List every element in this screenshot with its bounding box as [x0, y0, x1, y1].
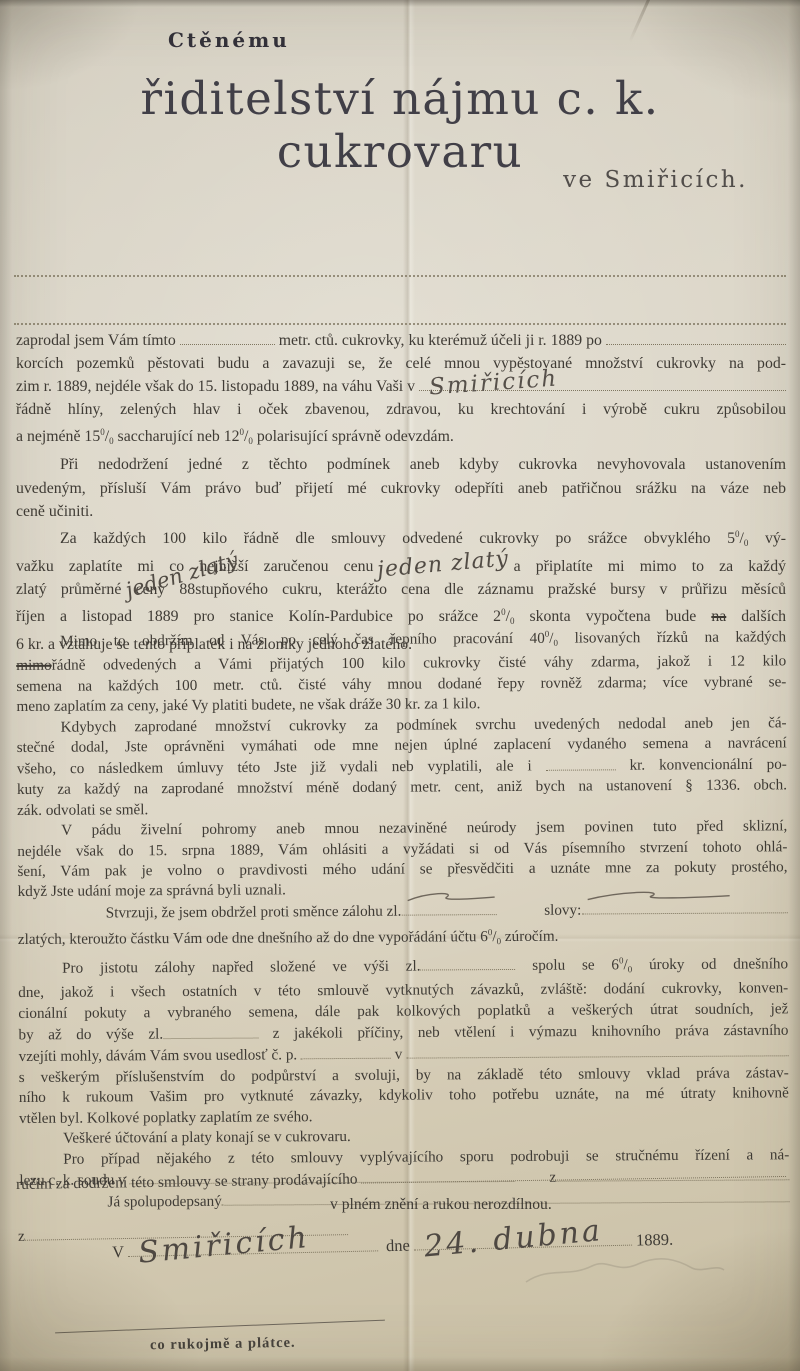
fill-in-blank [401, 900, 496, 916]
contract-line: zaprodal jsem Vám tímto metr. ctů. cukro… [16, 329, 786, 352]
printed-text: s veškerým příslušenstvím do podpůrství … [19, 1064, 789, 1086]
contract-body-upper: zaprodal jsem Vám tímto metr. ctů. cukro… [16, 329, 786, 656]
blank-fill-rule [14, 320, 786, 325]
printed-text: zlatý průměrné ceny 88stupňového cukru, … [16, 581, 786, 598]
printed-text: Já spolupodepsaný [63, 1192, 221, 1213]
printed-text: ního k rukoum Vašim pro vytknuté závazky… [19, 1085, 789, 1107]
printed-text: saccharující neb 12 [114, 428, 240, 445]
fill-in-blank [581, 898, 788, 915]
printed-text: Pro jistotu zálohy napřed složené ve výš… [62, 958, 420, 977]
printed-text: vtělen byl. Kolkové poplatky zaplatím ze… [19, 1108, 313, 1127]
pencil-signature [520, 1248, 730, 1294]
printed-text: Veškeré účtování a platy konají se v cuk… [63, 1128, 351, 1147]
printed-text: semena na každých 100 metr. ctů. čisté v… [16, 673, 786, 695]
printed-text: a nejméně 15 [16, 428, 100, 445]
printed-text: nejdéle však do 15. srpna 1889, Vám ohlá… [17, 838, 787, 860]
contract-line: zlatý průměrné ceny 88stupňového cukru, … [16, 578, 786, 601]
printed-text: V [112, 1242, 128, 1262]
printed-text: korcích pozemků pěstovati budu a zavazuj… [16, 355, 786, 372]
handwritten-entry: jeden zlatý [374, 559, 514, 571]
printed-text: úroky od dnešního [632, 955, 788, 973]
full-text-line: v plném znění a rukou nerozdílnou. [330, 1196, 552, 1214]
printed-text: metr. ctů. cukrovky, ku kterémuž účeli j… [275, 329, 606, 352]
fill-in-blank [420, 954, 515, 970]
contract-line: řádně hlíny, zelených hlav i oček zbaven… [16, 398, 786, 421]
printed-text: když Jste udání moje za správná byli uzn… [18, 882, 286, 901]
printed-text: Kdybych zaprodané množství cukrovky za p… [61, 714, 787, 735]
printed-text: šení, Vám pak je volno o pravdivosti méh… [17, 858, 787, 880]
percent-sign: 0/0 [735, 530, 748, 547]
contract-line: a nejméně 150/0 saccharující neb 120/0 p… [16, 421, 786, 453]
contract-line: Za každých 100 kilo řádně dle smlouvy od… [16, 523, 786, 555]
printed-text: Stvrzuji, že jsem obdržel proti směnce z… [62, 902, 402, 924]
contract-line: zim r. 1889, nejdéle však do 15. listopa… [16, 375, 786, 398]
printed-text: zim r. 1889, nejdéle však do 15. listopa… [16, 375, 419, 398]
percent-sign: 0/0 [501, 608, 514, 625]
contract-body-lower: Mimo to obdržím od Vás po celý čas řepní… [16, 622, 790, 1213]
printed-text: řádně odvedených a Vámi přijatých 100 ki… [52, 653, 787, 674]
printed-text: cionální pokuty a vybraného semena, dále… [18, 1000, 788, 1022]
fill-in-blank [406, 1041, 789, 1059]
percent-sign: 0/0 [488, 928, 501, 945]
printed-text: V pádu živelní pohromy aneb mnou nezavin… [61, 817, 787, 838]
printed-text: kuty za každý na zaprodané množství méně… [17, 777, 787, 799]
guarantor-caption: co rukojmě a plátce. [150, 1335, 296, 1355]
printed-text: polarisující správně odevzdám. [253, 428, 454, 445]
printed-text: řádně hlíny, zelených hlav i oček zbaven… [16, 401, 786, 418]
printed-text: v [391, 1045, 406, 1065]
contract-line: uvedeným, přísluší Vám právo buď přijetí… [16, 477, 786, 500]
fill-in-blank: Smiřicích [128, 1234, 378, 1256]
contract-line: Pro jistotu zálohy napřed složené ve výš… [18, 949, 788, 983]
handwritten-entry: Smiřicích [428, 368, 559, 400]
printed-text: slovy: [496, 901, 581, 922]
printed-text: Za každých 100 kilo řádně dle smlouvy od… [60, 530, 735, 547]
fill-in-blank: 24. dubna [414, 1229, 632, 1251]
printed-text: važku zaplatíte mi co nejnižší zaručenou… [16, 558, 373, 575]
percent-sign: 0/0 [545, 630, 558, 647]
contract-line: Mimo to obdržím od Vás po celý čas řepní… [16, 622, 786, 656]
printed-text: lisovaných řízků na každých [558, 628, 786, 646]
printed-text: zúročím. [501, 927, 558, 944]
percent-sign: 0/0 [240, 428, 253, 445]
guarantor-signature-line [55, 1320, 385, 1334]
printed-text: říjen a listopad 1889 pro stanice Kolín-… [16, 608, 501, 625]
printed-text: stečné dodal, Jste oprávněni vymáhati od… [17, 734, 787, 756]
printed-text: dne [378, 1235, 415, 1256]
percent-sign: 0/0 [100, 428, 113, 445]
percent-sign: 0/0 [619, 956, 632, 973]
printed-text: všeho, co následkem úmluvy této Jste již… [17, 758, 546, 778]
handwritten-dash [583, 887, 733, 904]
contract-line: Při nedodržení jedné z těchto podmínek a… [16, 453, 786, 476]
printed-text: vzejíti mohly, dávám Vám svou usedlosť č… [19, 1046, 301, 1068]
contract-line: ceně učiniti. [16, 500, 786, 523]
handwritten-dash [403, 889, 498, 906]
fill-in-blank [606, 329, 786, 345]
fill-in-blank [180, 329, 275, 345]
printed-text: zlatých, kteroužto částku Vám ode dne dn… [18, 928, 488, 948]
printed-text: by až do výše zl. [18, 1026, 163, 1044]
scanned-contract-page: Ctěnému řiditelství nájmu c. k. cukrovar… [0, 0, 800, 1371]
struck-out-text: mimo [16, 657, 52, 674]
contract-line: korcích pozemků pěstovati budu a zavazuj… [16, 352, 786, 375]
printed-text: dne, jakož i všech ostatních v této smlo… [18, 980, 788, 1002]
printed-text: zaprodal jsem Vám tímto [16, 329, 180, 352]
printed-text: zák. odvolati se směl. [17, 801, 148, 819]
printed-text: Mimo to obdržím od Vás po celý čas řepní… [60, 630, 545, 650]
top-edge-crease [628, 0, 650, 43]
blank-fill-rule [14, 272, 786, 277]
fill-in-blank [301, 1044, 391, 1060]
addressee-location: ve Smiřicích. [563, 167, 748, 193]
printed-text: uvedeným, přísluší Vám právo buď přijetí… [16, 480, 786, 497]
contract-line: važku zaplatíte mi co nejnižší zaručenou… [16, 555, 786, 578]
printed-text: vý- [748, 530, 786, 547]
printed-text: kr. konvencionální po- [616, 756, 787, 774]
fill-in-blank [163, 1023, 258, 1039]
printed-text: z jakékoli příčiny, neb vtělení i výmazu… [258, 1022, 788, 1042]
fill-in-blank: Smiřicích [419, 375, 786, 391]
contract-line: zlatých, kteroužto částku Vám ode dne dn… [18, 920, 788, 954]
printed-text: a připlatíte mi mimo to za každý [514, 558, 786, 575]
printed-text: ceně učiniti. [16, 503, 93, 520]
printed-text: spolu se 6 [515, 956, 619, 974]
fill-in-blank [546, 755, 616, 771]
printed-text: meno zaplatím za ceny, jaké Vy platiti b… [16, 695, 480, 715]
printed-text: Při nedodržení jedné z těchto podmínek a… [60, 456, 786, 473]
salutation: Ctěnému [168, 28, 290, 52]
document-title: řiditelství nájmu c. k. cukrovaru [30, 72, 770, 178]
